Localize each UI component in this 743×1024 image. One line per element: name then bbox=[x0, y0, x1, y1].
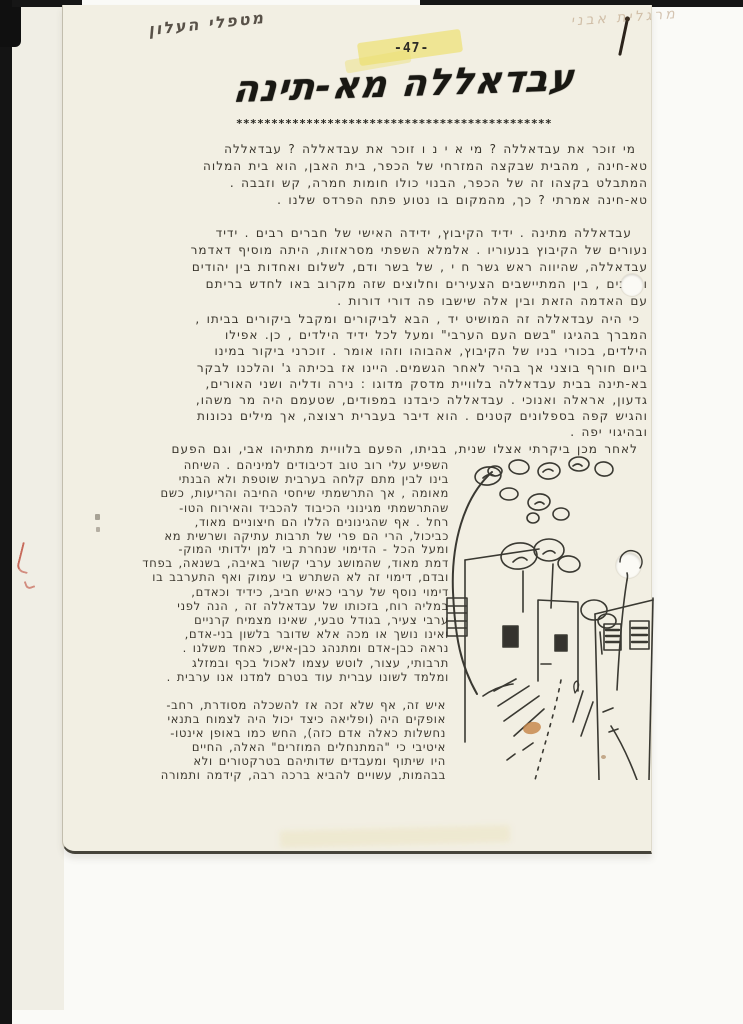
left-house bbox=[465, 549, 539, 742]
backing-sheet bbox=[12, 0, 64, 1010]
center-buildings bbox=[538, 600, 578, 691]
scan-edge-left bbox=[0, 0, 12, 1024]
page-number: -47- bbox=[394, 41, 429, 56]
paragraph-4-wrapped: השפיע עלי רוב טוב דכיבודים למיניהם . השי… bbox=[109, 458, 449, 543]
right-building bbox=[595, 598, 653, 780]
punch-hole-top bbox=[621, 274, 643, 296]
asterisk-divider: ****************************************… bbox=[236, 117, 552, 130]
road-curve bbox=[453, 472, 492, 694]
scanned-page-root: מטפלי העלון מרגלית אבני -47- עבדאללה מא-… bbox=[0, 0, 743, 1024]
small-stain-dot bbox=[601, 755, 606, 759]
paragraph-1: מי זוכר את עבדאללה ? מי א י נ ו זוכר את … bbox=[120, 141, 648, 209]
street-scene-drawing bbox=[443, 450, 665, 780]
clouds bbox=[474, 457, 614, 523]
margin-speck bbox=[96, 527, 100, 532]
paragraph-2: עבדאללה מתינה . ידיד הקיבוץ, ידידה האישי… bbox=[116, 225, 648, 310]
scan-edge-corner bbox=[0, 0, 21, 47]
paragraph-5: ומעל הכל - הדימוי שנחרת בי למן ילדותי המ… bbox=[105, 542, 449, 684]
margin-speck bbox=[95, 514, 100, 520]
paragraph-6: איש זה, אף שלא זכה אז להשכלה מסודרת, רחב… bbox=[108, 699, 446, 782]
paragraph-3: כי היה עבדאללה זה המושיט יד , הבא לביקור… bbox=[114, 311, 648, 441]
paper-stain bbox=[522, 720, 542, 735]
